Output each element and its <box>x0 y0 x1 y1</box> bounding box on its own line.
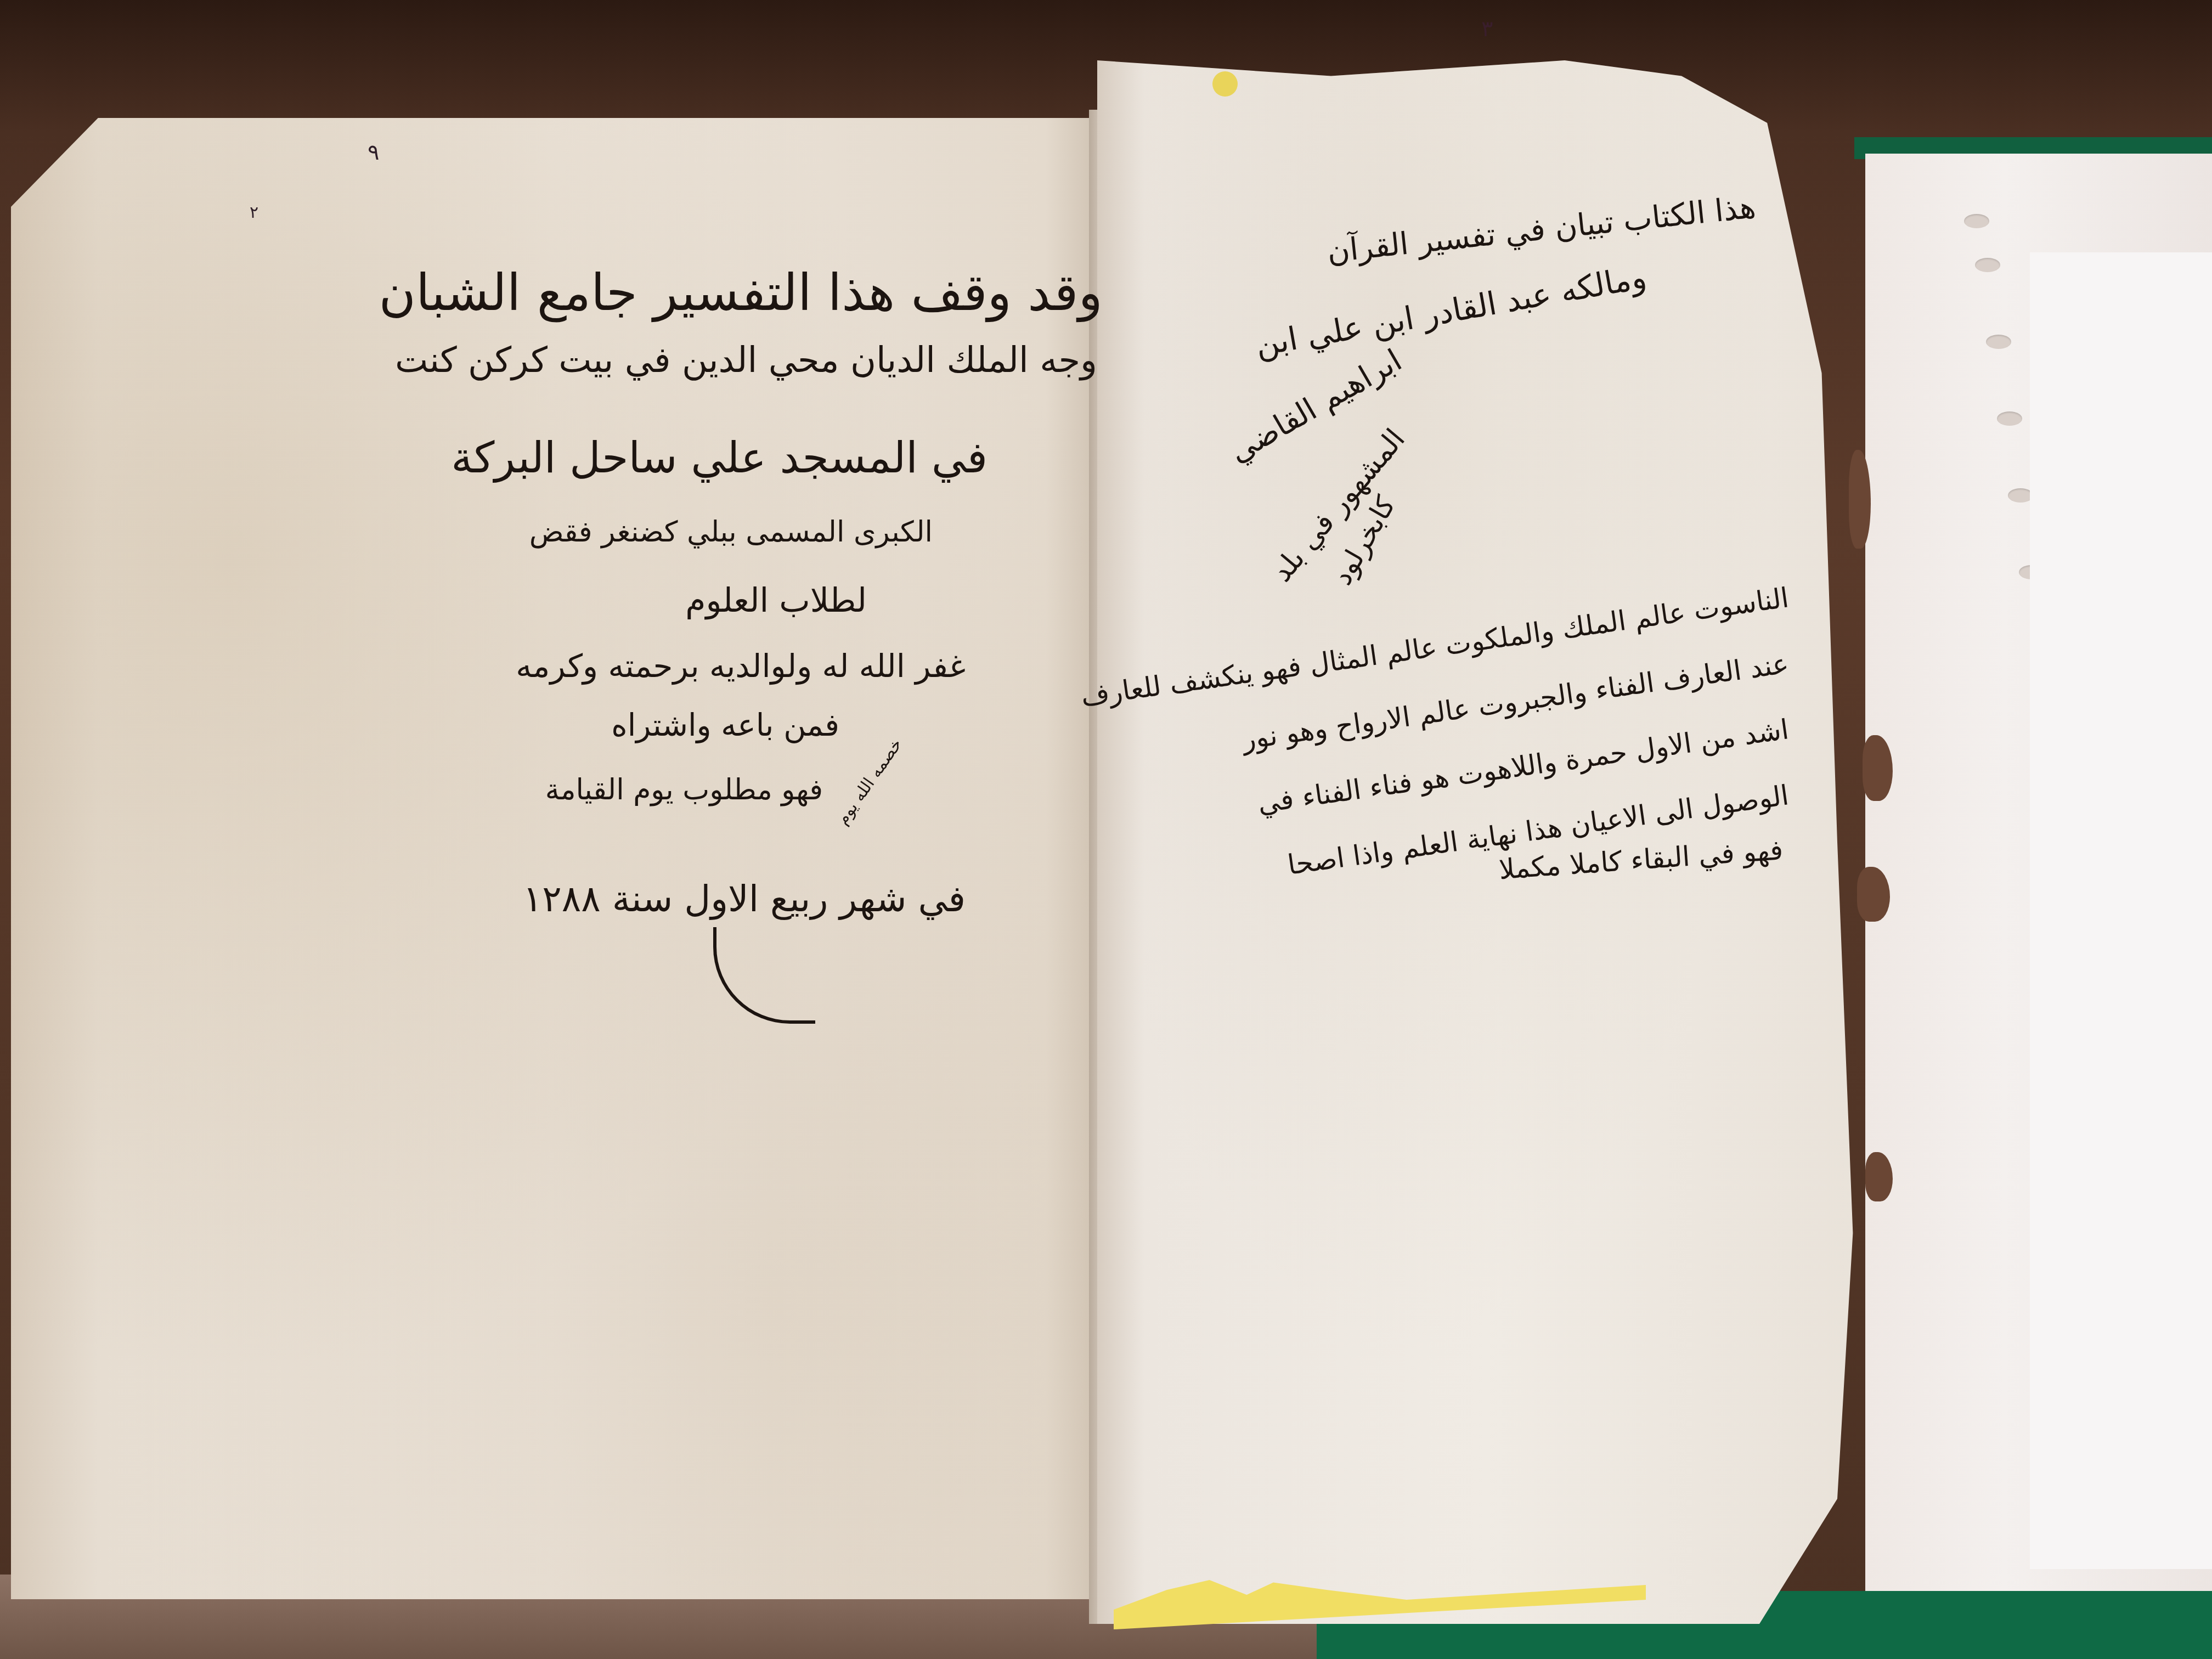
punch-hole <box>1986 335 2011 349</box>
left-line-8: فهو مطلوب يوم القيامة <box>494 774 823 806</box>
left-line-6: غفر الله له ولوالديه برحمته وكرمه <box>417 647 966 685</box>
inner-white-paper <box>2030 252 2212 1569</box>
yellow-repair-blot <box>1212 71 1238 97</box>
left-date-line: في شهر ربيع الاول سنة ١٢٨٨ <box>417 878 966 920</box>
punch-hole <box>1975 258 2000 272</box>
left-line-4: الكبرى المسمى ببلي كضنغر فقض <box>494 516 933 549</box>
punch-hole <box>1997 411 2022 426</box>
left-page-number: ٩ <box>368 140 379 165</box>
left-line-2: وجه الملك الديان محي الدين في بيت كركن ك… <box>307 340 1097 381</box>
left-line-3: في المسجد علي ساحل البركة <box>439 433 988 483</box>
left-line-5: لطلاب العلوم <box>483 582 867 620</box>
right-page-number: ٣ <box>1481 16 1493 42</box>
left-page-mark: ٢ <box>250 203 258 222</box>
punch-hole <box>1964 214 1989 228</box>
left-line-7: فمن باعه واشتراه <box>455 708 839 743</box>
left-line-1: وقد وقف هذا التفسير جامع الشبان <box>280 263 1103 322</box>
